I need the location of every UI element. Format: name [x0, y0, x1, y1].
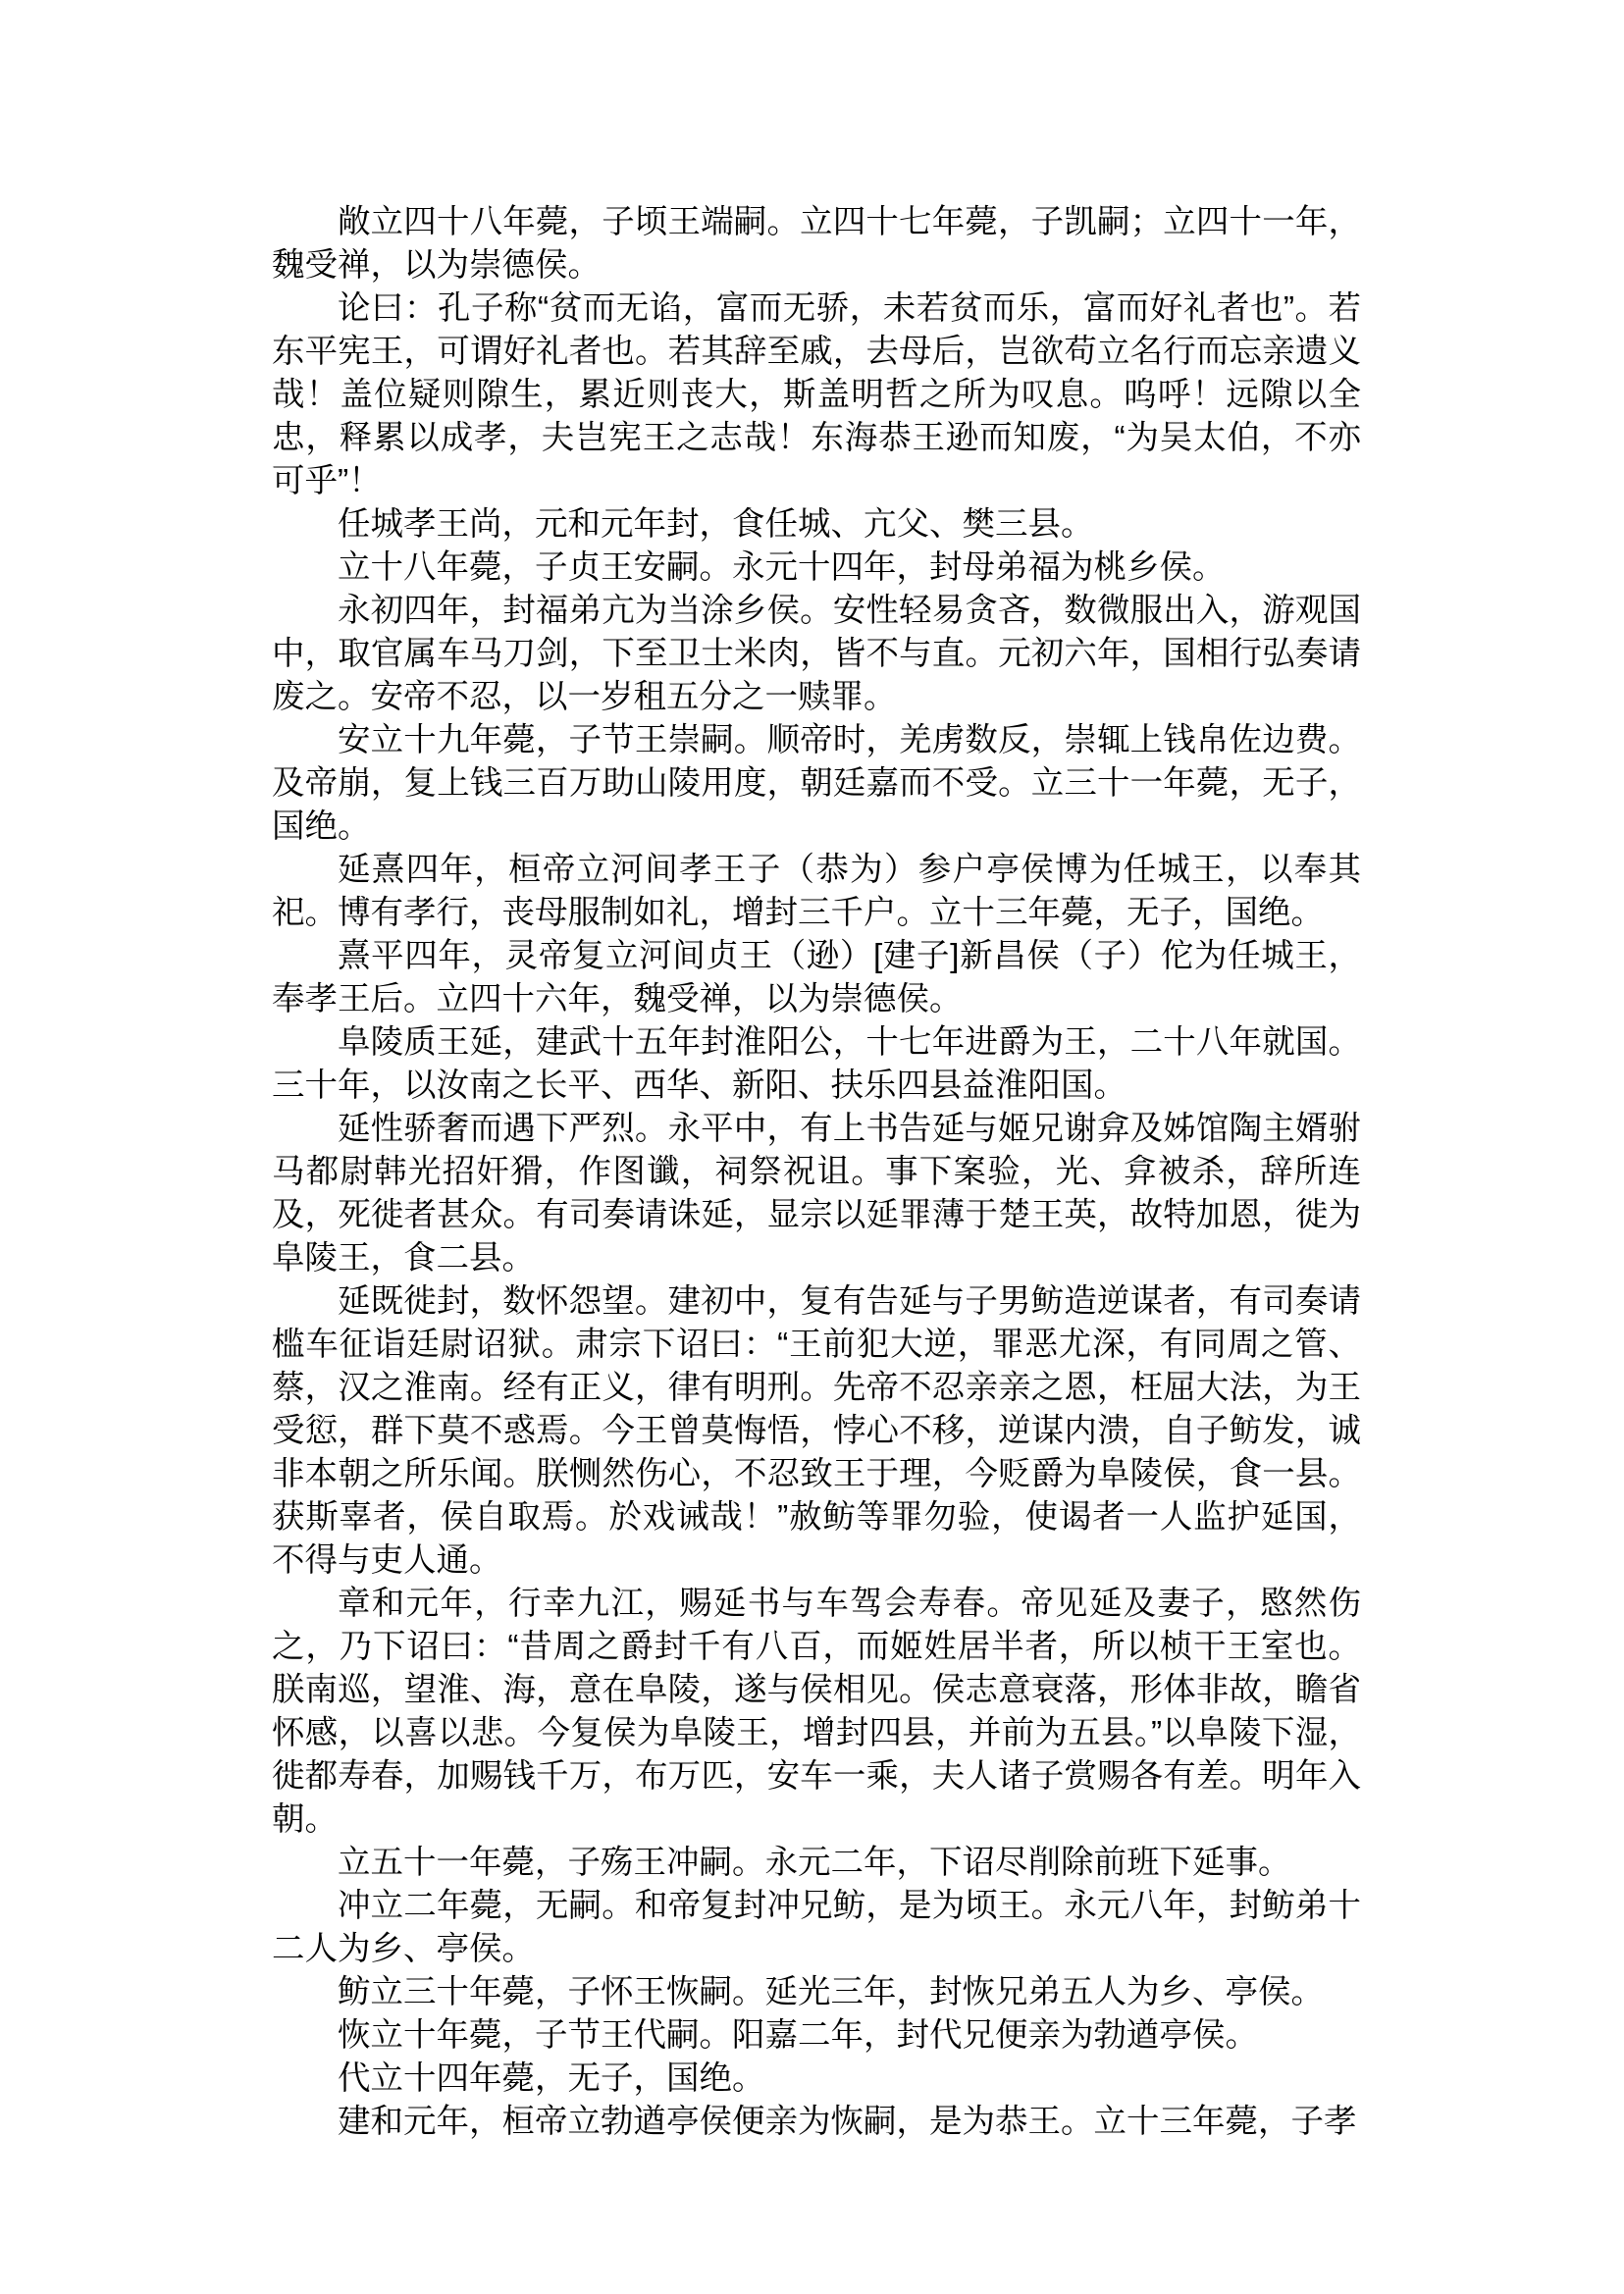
paragraph: 永初四年，封福弟亢为当涂乡侯。安性轻易贪吝，数微服出入，游观国中，取官属车马刀剑… — [272, 590, 1361, 719]
paragraph: 立十八年薨，子贞王安嗣。永元十四年，封母弟福为桃乡侯。 — [272, 547, 1361, 590]
paragraph: 敞立四十八年薨，子顷王端嗣。立四十七年薨，子凯嗣；立四十一年，魏受禅，以为崇德侯… — [272, 201, 1361, 287]
paragraph: 鲂立三十年薨，子怀王恢嗣。延光三年，封恢兄弟五人为乡、亭侯。 — [272, 1971, 1361, 2014]
paragraph: 阜陵质王延，建武十五年封淮阳公，十七年进爵为王，二十八年就国。三十年，以汝南之长… — [272, 1021, 1361, 1108]
paragraph: 安立十九年薨，子节王崇嗣。顺帝时，羌虏数反，崇辄上钱帛佐边费。及帝崩，复上钱三百… — [272, 719, 1361, 849]
paragraph: 延既徙封，数怀怨望。建初中，复有告延与子男鲂造逆谋者，有司奏请槛车征诣廷尉诏狱。… — [272, 1280, 1361, 1583]
document-page: 敞立四十八年薨，子顷王端嗣。立四十七年薨，子凯嗣；立四十一年，魏受禅，以为崇德侯… — [0, 0, 1624, 2294]
paragraph: 冲立二年薨，无嗣。和帝复封冲兄鲂，是为顷王。永元八年，封鲂弟十二人为乡、亭侯。 — [272, 1885, 1361, 1971]
paragraph: 建和元年，桓帝立勃遒亭侯便亲为恢嗣，是为恭王。立十三年薨，子孝 — [272, 2101, 1361, 2144]
paragraph: 熹平四年，灵帝复立河间贞王（逊）[建子]新昌侯（子）佗为任城王，奉孝王后。立四十… — [272, 935, 1361, 1021]
paragraph: 代立十四年薨，无子，国绝。 — [272, 2058, 1361, 2101]
paragraph: 延性骄奢而遇下严烈。永平中，有上书告延与姬兄谢弇及姊馆陶主婿驸马都尉韩光招奸猾，… — [272, 1108, 1361, 1280]
paragraph: 章和元年，行幸九江，赐延书与车驾会寿春。帝见延及妻子，愍然伤之，乃下诏曰：“昔周… — [272, 1583, 1361, 1842]
paragraph: 论曰：孔子称“贫而无谄，富而无骄，未若贫而乐，富而好礼者也”。若东平宪王，可谓好… — [272, 287, 1361, 503]
text-block: 敞立四十八年薨，子顷王端嗣。立四十七年薨，子凯嗣；立四十一年，魏受禅，以为崇德侯… — [272, 201, 1361, 2144]
paragraph: 恢立十年薨，子节王代嗣。阳嘉二年，封代兄便亲为勃遒亭侯。 — [272, 2014, 1361, 2058]
paragraph: 延熹四年，桓帝立河间孝王子（恭为）参户亭侯博为任城王，以奉其祀。博有孝行，丧母服… — [272, 849, 1361, 935]
paragraph: 立五十一年薨，子殇王冲嗣。永元二年，下诏尽削除前班下延事。 — [272, 1842, 1361, 1885]
paragraph: 任城孝王尚，元和元年封，食任城、亢父、樊三县。 — [272, 503, 1361, 547]
